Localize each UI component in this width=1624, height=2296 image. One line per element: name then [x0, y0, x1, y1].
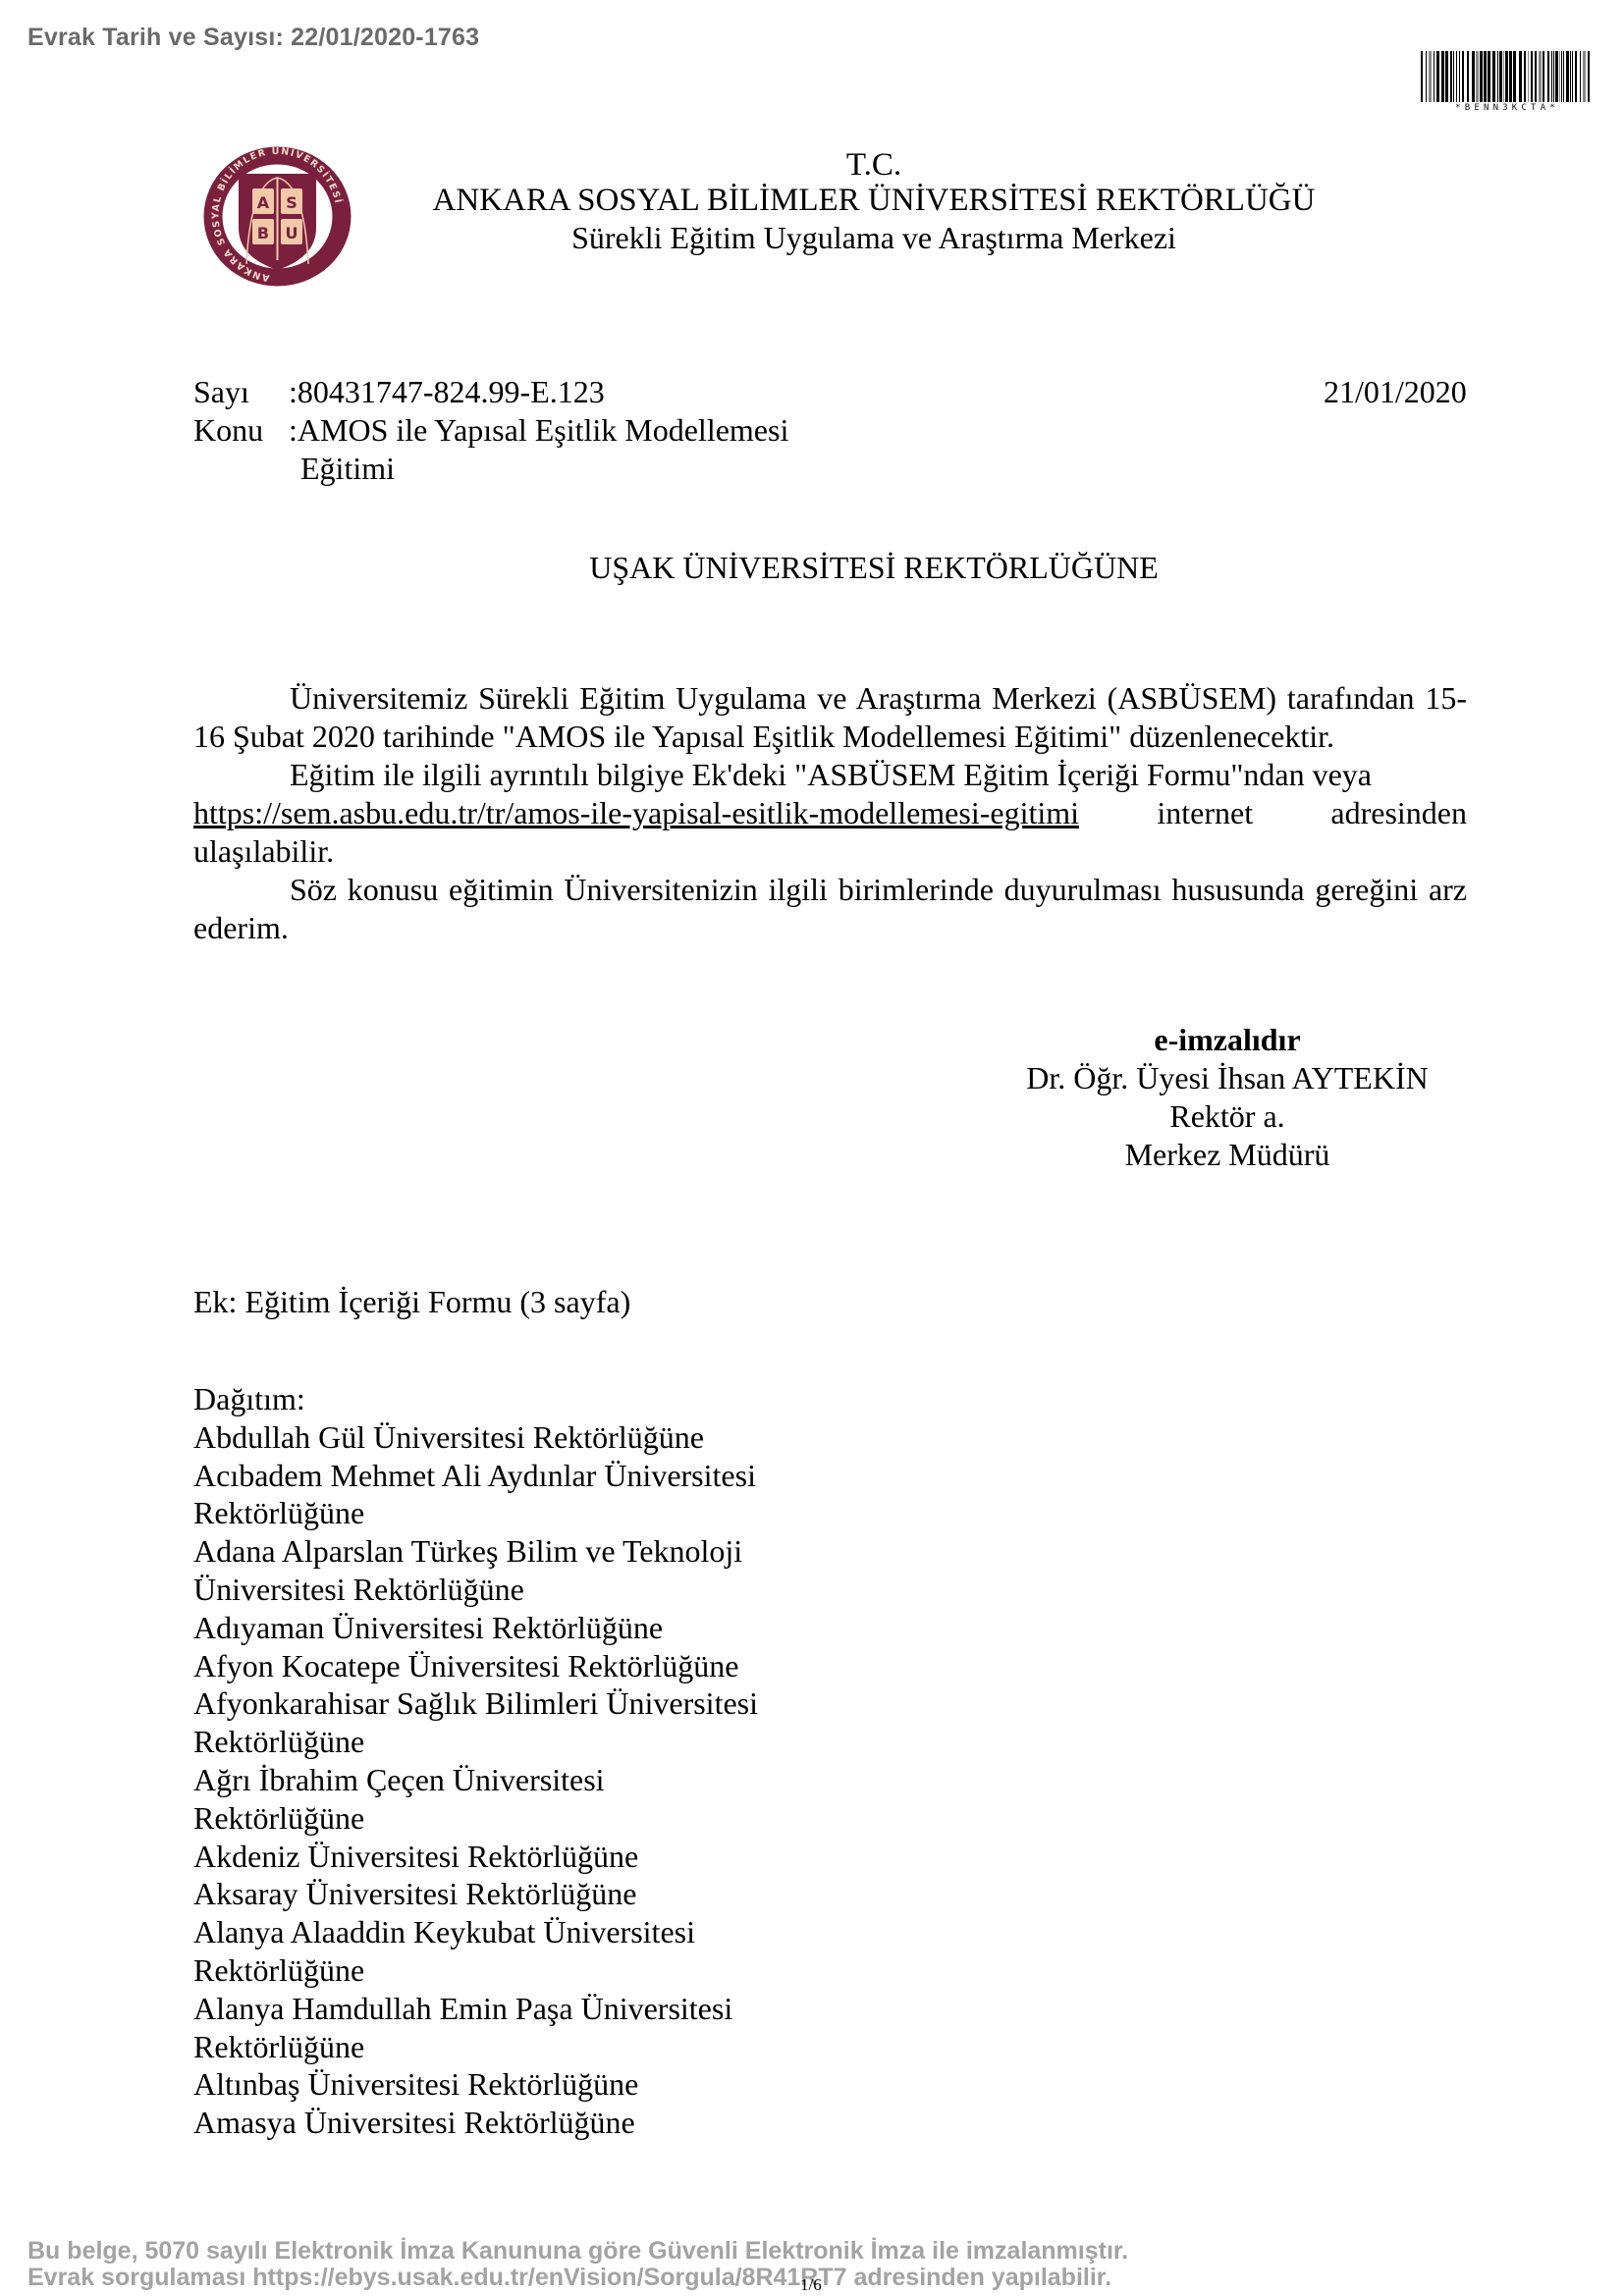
- letterhead-department: Sürekli Eğitim Uygulama ve Araştırma Mer…: [393, 222, 1355, 253]
- svg-text:U: U: [286, 224, 298, 242]
- body-word: internet: [1157, 794, 1253, 832]
- distribution-item: Akdeniz Üniversitesi Rektörlüğüne: [193, 1838, 758, 1876]
- subject-value-continued: Eğitimi: [300, 453, 395, 484]
- signatory-name: Dr. Öğr. Üyesi İhsan AYTEKİN: [982, 1059, 1473, 1097]
- distribution-item: Adana Alparslan Türkeş Bilim ve Teknoloj…: [193, 1532, 758, 1571]
- distribution-item: Rektörlüğüne: [193, 1951, 758, 1990]
- body-paragraph-2-link-line: https://sem.asbu.edu.tr/tr/amos-ile-yapi…: [193, 794, 1467, 832]
- body-word: adresinden: [1330, 794, 1467, 832]
- distribution-item: Abdullah Gül Üniversitesi Rektörlüğüne: [193, 1418, 758, 1457]
- distribution-item: Amasya Üniversitesi Rektörlüğüne: [193, 2104, 758, 2142]
- distribution-item: Ağrı İbrahim Çeçen Üniversitesi: [193, 1761, 758, 1799]
- distribution-item: Acıbadem Mehmet Ali Aydınlar Üniversites…: [193, 1457, 758, 1495]
- footer-legal-note: Bu belge, 5070 sayılı Elektronik İmza Ka…: [27, 2238, 1128, 2265]
- attachment-note: Ek: Eğitim İçeriği Formu (3 sayfa): [193, 1284, 630, 1320]
- body-paragraph-3: Söz konusu eğitimin Üniversitenizin ilgi…: [193, 871, 1467, 947]
- subject-value: :AMOS ile Yapısal Eşitlik Modellemesi: [289, 414, 788, 446]
- footer-verification-note: Evrak sorgulaması https://ebys.usak.edu.…: [27, 2265, 1128, 2291]
- addressee: UŞAK ÜNİVERSİTESİ REKTÖRLÜĞÜNE: [393, 550, 1355, 586]
- barcode-icon: [1419, 51, 1596, 102]
- distribution-item: Afyonkarahisar Sağlık Bilimleri Üniversi…: [193, 1684, 758, 1723]
- letter-body: Üniversitemiz Sürekli Eğitim Uygulama ve…: [193, 679, 1467, 947]
- barcode-text: *BENN3KCTA*: [1419, 103, 1596, 113]
- distribution-item: Alanya Alaaddin Keykubat Üniversitesi: [193, 1913, 758, 1951]
- distribution-item: Alanya Hamdullah Emin Paşa Üniversitesi: [193, 1990, 758, 2028]
- distribution-item: Rektörlüğüne: [193, 2028, 758, 2066]
- distribution-item: Rektörlüğüne: [193, 1799, 758, 1838]
- distribution-list: Dağıtım: Abdullah Gül Üniversitesi Rektö…: [193, 1380, 758, 2142]
- svg-text:B: B: [257, 224, 269, 242]
- university-seal-logo: ANKARA SOSYAL BİLİMLER ÜNİVERSİTESİ A S …: [201, 144, 353, 289]
- distribution-item: Aksaray Üniversitesi Rektörlüğüne: [193, 1875, 758, 1913]
- number-label: Sayı: [193, 376, 249, 407]
- distribution-label: Dağıtım:: [193, 1380, 758, 1418]
- page-number: 1/6: [800, 2275, 822, 2295]
- distribution-item: Adıyaman Üniversitesi Rektörlüğüne: [193, 1609, 758, 1647]
- document-date-number-stamp: Evrak Tarih ve Sayısı: 22/01/2020-1763: [27, 24, 479, 52]
- training-info-link[interactable]: https://sem.asbu.edu.tr/tr/amos-ile-yapi…: [193, 794, 1079, 832]
- barcode: *BENN3KCTA*: [1419, 51, 1596, 120]
- distribution-item: Rektörlüğüne: [193, 1494, 758, 1532]
- e-signature-status: e-imzalıdır: [982, 1021, 1473, 1059]
- distribution-item: Altınbaş Üniversitesi Rektörlüğüne: [193, 2065, 758, 2104]
- body-paragraph-1: Üniversitemiz Sürekli Eğitim Uygulama ve…: [193, 679, 1467, 756]
- body-paragraph-2-end: ulaşılabilir.: [193, 832, 1467, 871]
- subject-label: Konu: [193, 414, 263, 446]
- letterhead-country: T.C.: [393, 149, 1355, 182]
- svg-text:S: S: [286, 193, 298, 212]
- distribution-item: Afyon Kocatepe Üniversitesi Rektörlüğüne: [193, 1647, 758, 1685]
- document-date: 21/01/2020: [1324, 376, 1467, 407]
- distribution-item: Üniversitesi Rektörlüğüne: [193, 1571, 758, 1609]
- svg-text:A: A: [257, 193, 270, 212]
- distribution-item: Rektörlüğüne: [193, 1723, 758, 1761]
- signatory-title: Rektör a.: [982, 1097, 1473, 1136]
- signature-block: e-imzalıdır Dr. Öğr. Üyesi İhsan AYTEKİN…: [982, 1021, 1473, 1174]
- e-signature-footer: Bu belge, 5070 sayılı Elektronik İmza Ka…: [27, 2238, 1128, 2291]
- body-paragraph-2-start: Eğitim ile ilgili ayrıntılı bilgiye Ek'd…: [193, 756, 1467, 794]
- number-value: :80431747-824.99-E.123: [289, 376, 605, 407]
- letterhead-institution: ANKARA SOSYAL BİLİMLER ÜNİVERSİTESİ REKT…: [393, 185, 1355, 217]
- signatory-role: Merkez Müdürü: [982, 1136, 1473, 1174]
